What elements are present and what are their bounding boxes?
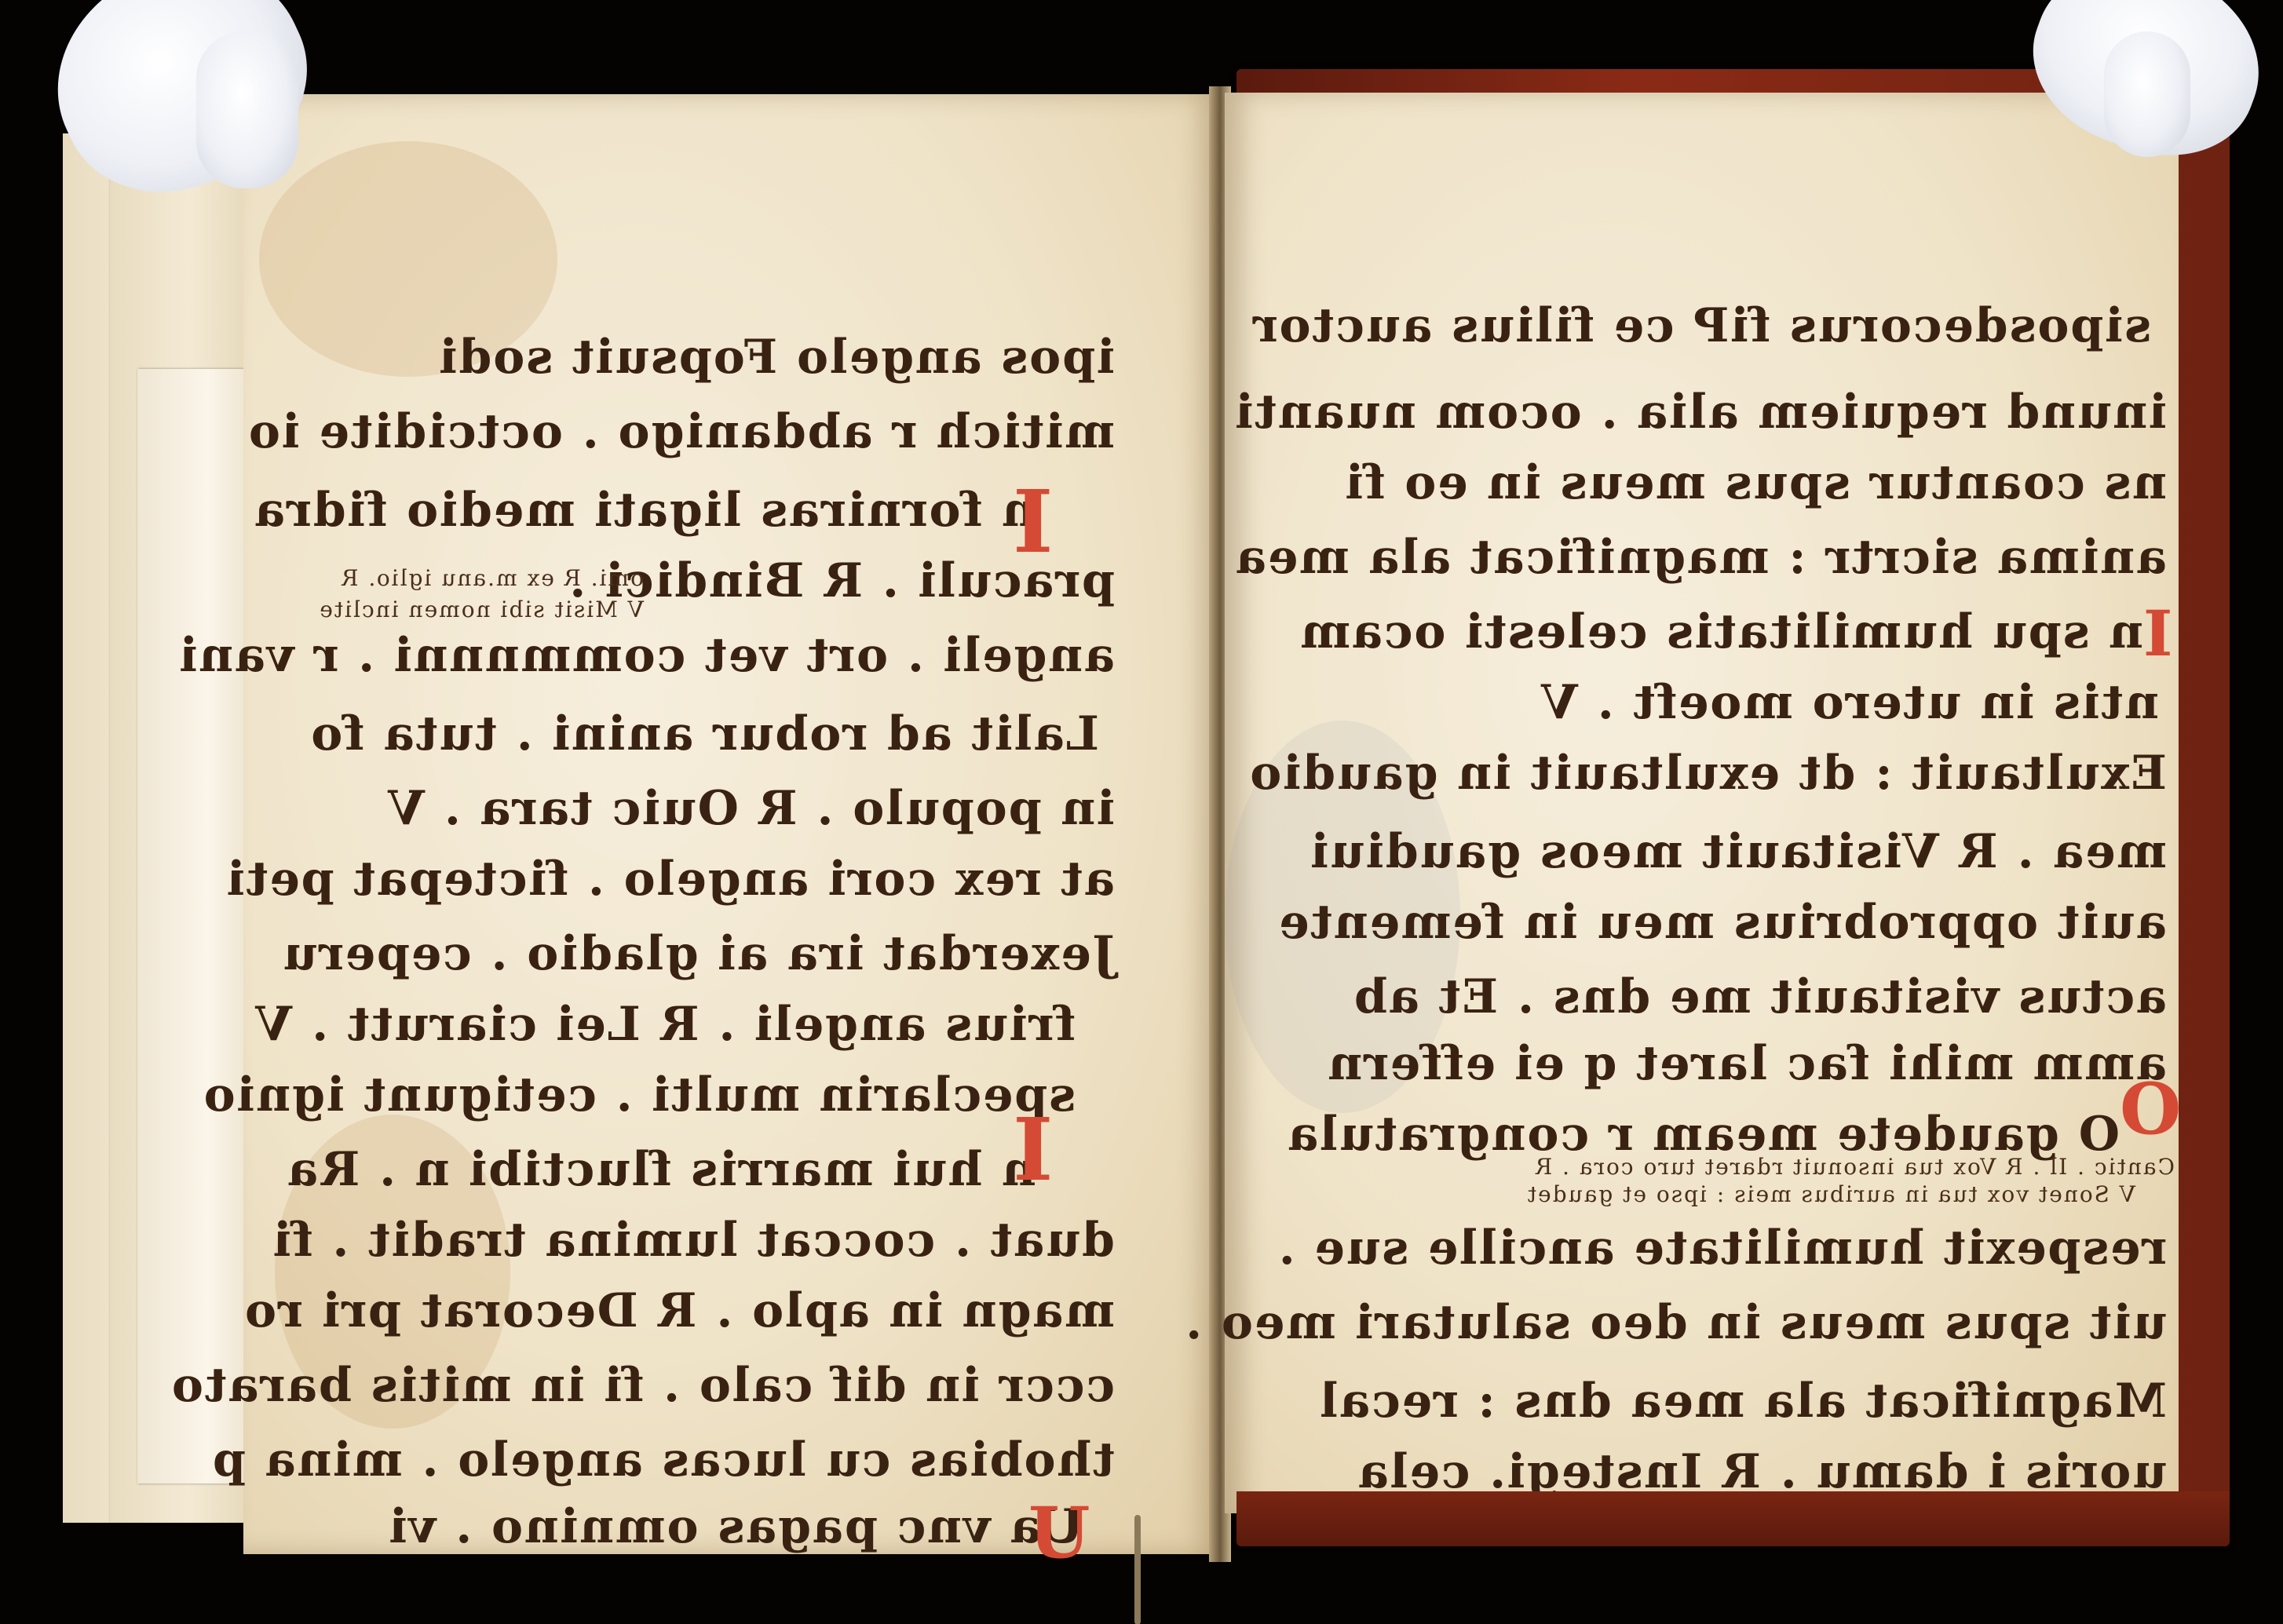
text-line: siposdecorus fiP ce filius auctor [1366, 298, 2151, 353]
text-line: mitich r abdanigo . octcidite io [251, 404, 1115, 459]
text-line: Lalit ad robur anini . tuta fo [251, 706, 1099, 761]
text-line: speclarin multi . cetigunt ignio [251, 1067, 1076, 1122]
text-line: respexit humilitate ancille sue . [1421, 1221, 2167, 1275]
cover-bottom-edge [1236, 1491, 2230, 1546]
text-line: n forniras ligati medio fidra [251, 483, 1036, 538]
white-glove-left-finger [196, 31, 298, 188]
text-line: angeli . ort vet commnnni . r vani [251, 628, 1115, 683]
text-line: Ua vnc pagas omnino . vi [251, 1499, 1083, 1554]
text-line: ns coantur spus meus in eo fi [1366, 455, 2167, 510]
text-line: in populo . R Ouic tara . V [251, 781, 1115, 836]
binding-thread [1134, 1515, 1141, 1624]
white-glove-right-finger [2104, 31, 2190, 157]
text-line: at rex cori angelo . fictepat peti [251, 852, 1115, 907]
text-line: actus visitauit me dns . Et ab [1374, 969, 2167, 1024]
text-line: Magnificat ala mea dns : recal [1390, 1374, 2167, 1429]
text-line: duat . coccat lumina tradit . fi [251, 1213, 1115, 1268]
rubric-initial: I [2143, 597, 2172, 670]
folded-leaf [137, 369, 255, 1483]
text-line: ipos angelo Fopsuit sodi [251, 330, 1115, 385]
text-line: Jexerdat ira ai gladio . ceperu [251, 926, 1115, 981]
text-line: cccr in dif calo . fi in mitis barato [251, 1358, 1115, 1413]
text-line: amm mihi fac laret q ei effern [1397, 1036, 2167, 1091]
rubric-initial: U [1028, 1491, 1090, 1575]
text-line: frius angeli . R Lei ciarutt . V [251, 997, 1076, 1052]
text-line: mea . R Visitauit meos gaudiui [1390, 824, 2167, 879]
text-line: ntis in utero moeft . V [1609, 675, 2159, 730]
text-line: inund requiem alia . ocom nuanti [1382, 385, 2167, 440]
text-line: Exultauit : dt exultauit in gaudio [1405, 746, 2167, 801]
rubric-initial: I [1013, 1099, 1053, 1200]
rubric-initial: I [1013, 471, 1053, 572]
text-line-small: V Misit sibi nomen inclite [251, 597, 644, 622]
rubric-initial: O [2120, 1067, 2181, 1151]
text-line-small: omi. R ex m.anu iglio. R [251, 565, 644, 591]
text-line: anima sicrtr : magnificat ala mea [1366, 530, 2167, 585]
text-line: n spu humilitatis celesti ocam [1358, 604, 2143, 659]
text-line: magn in aplo . R Decorat pri ro [251, 1283, 1115, 1338]
text-line: n hui marris fluctibi n . Ra [251, 1142, 1036, 1197]
text-line-small: V Sonet vox tua in auribus meis : ipso e… [1350, 1181, 2135, 1207]
text-line: uit spus meus in deo salutari meo . [1366, 1295, 2167, 1350]
text-line: auit opprobrius meu in femente [1366, 895, 2167, 950]
text-line-small: Cantic . Il . R Vox tua insonuit rdaret … [1350, 1154, 2175, 1180]
text-line: thobias cu lucas angelo . mina p [251, 1432, 1115, 1487]
